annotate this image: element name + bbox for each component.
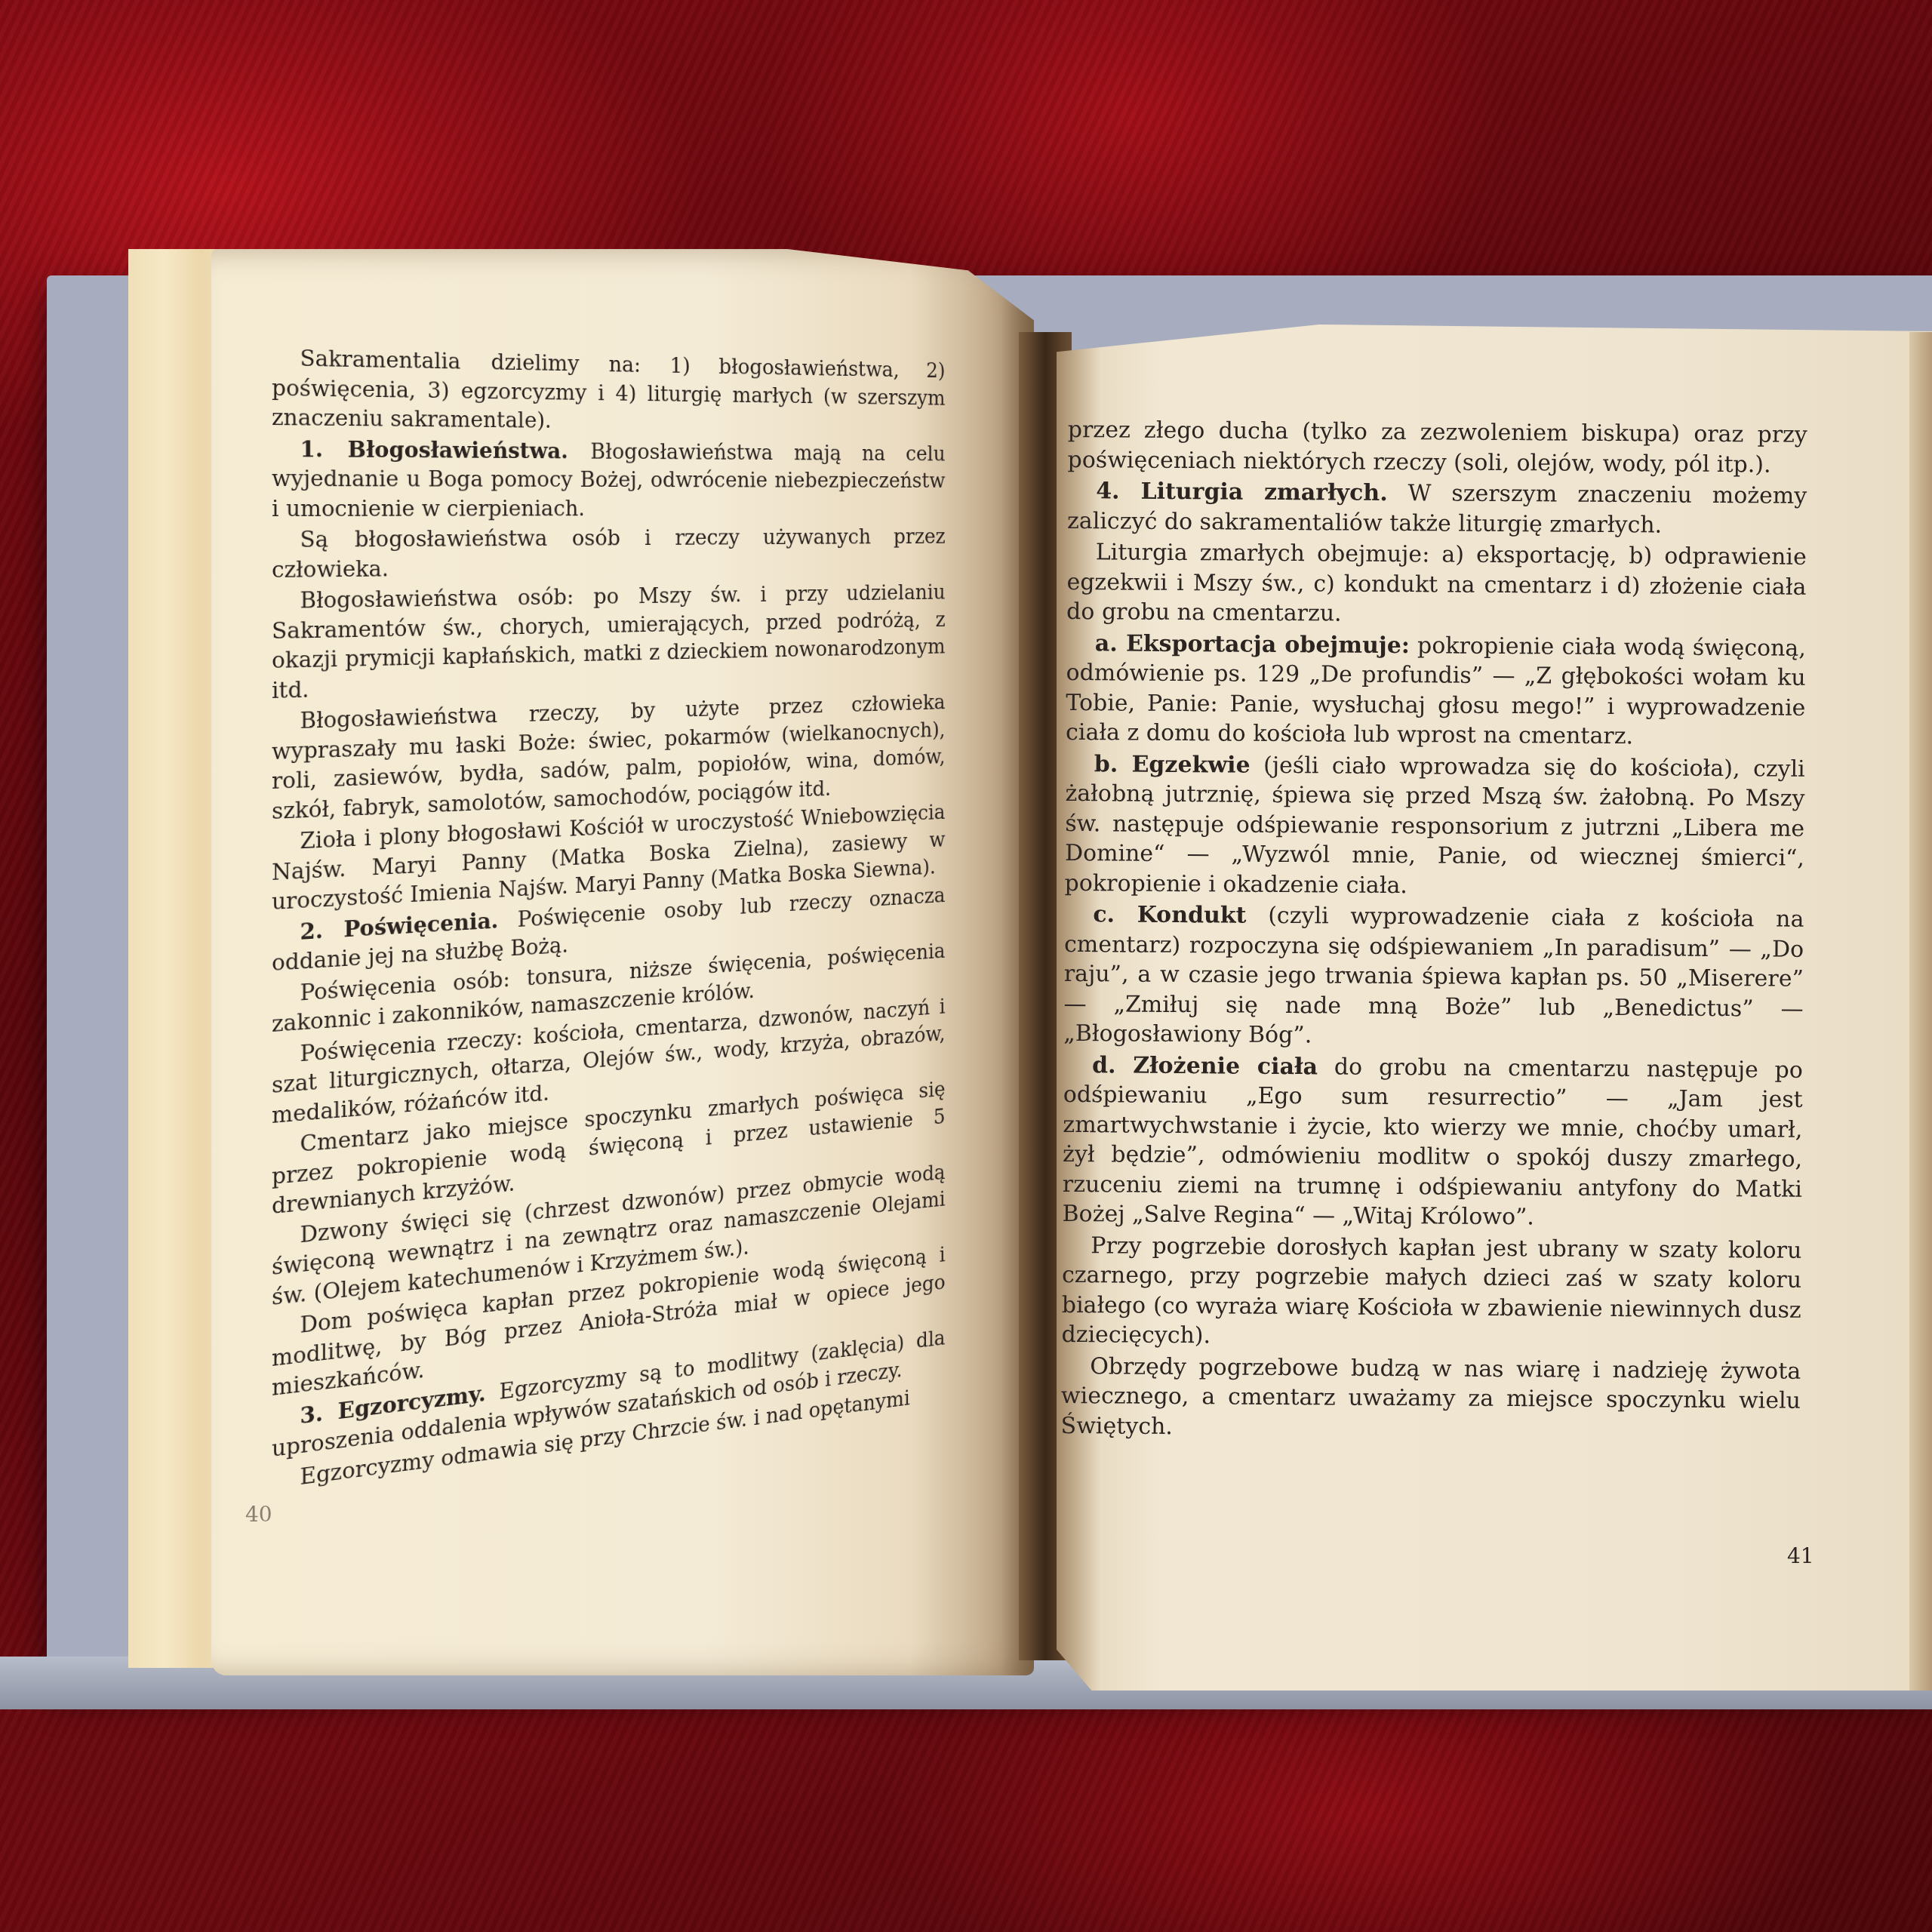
subsection-heading: d. Złożenie ciała (1092, 1052, 1318, 1080)
subsection-heading: a. Eksportacja obejmuje: (1095, 630, 1410, 659)
paragraph: b. Egzekwie (jeśli ciało wprowadza się d… (1065, 749, 1805, 903)
paragraph: przez złego ducha (tylko za zezwoleniem … (1067, 415, 1807, 480)
page-number-left: 40 (245, 1502, 272, 1527)
right-page-text: przez złego ducha (tylko za zezwoleniem … (1060, 415, 1807, 1447)
paragraph: Są błogosławieństwa osób i rzeczy używan… (272, 523, 946, 585)
paragraph: Błogosławieństwa osób: po Mszy św. i prz… (272, 579, 946, 706)
left-page-text: Sakramentalia dzielimy na: 1) błogosławi… (272, 343, 946, 1497)
subsection-heading: b. Egzekwie (1094, 751, 1251, 778)
paragraph: Obrzędy pogrzebowe budzą w nas wiarę i n… (1061, 1351, 1801, 1445)
section-heading: 1. Błogosławieństwa. (300, 436, 568, 464)
paragraph: c. Kondukt (czyli wyprowadzenie ciała z … (1063, 900, 1804, 1054)
page-number-right: 41 (1787, 1543, 1814, 1568)
paragraph: 4. Liturgia zmarłych. W szerszym znaczen… (1067, 476, 1807, 541)
paragraph: 1. Błogosławieństwa. Błogosławieństwa ma… (272, 435, 946, 525)
paragraph: Sakramentalia dzielimy na: 1) błogosławi… (272, 343, 946, 439)
paragraph: Liturgia zmarłych obejmuje: a) eksportac… (1066, 537, 1807, 632)
right-page-stack-edge (1909, 332, 1932, 1690)
paragraph: a. Eksportacja obejmuje: pokropienie cia… (1066, 628, 1806, 752)
paragraph: Przy pogrzebie dorosłych kapłan jest ubr… (1061, 1230, 1801, 1355)
section-heading: 4. Liturgia zmarłych. (1096, 478, 1388, 506)
subsection-heading: c. Kondukt (1093, 901, 1246, 928)
paragraph: d. Złożenie ciała do grobu na cmentarzu … (1062, 1050, 1803, 1234)
